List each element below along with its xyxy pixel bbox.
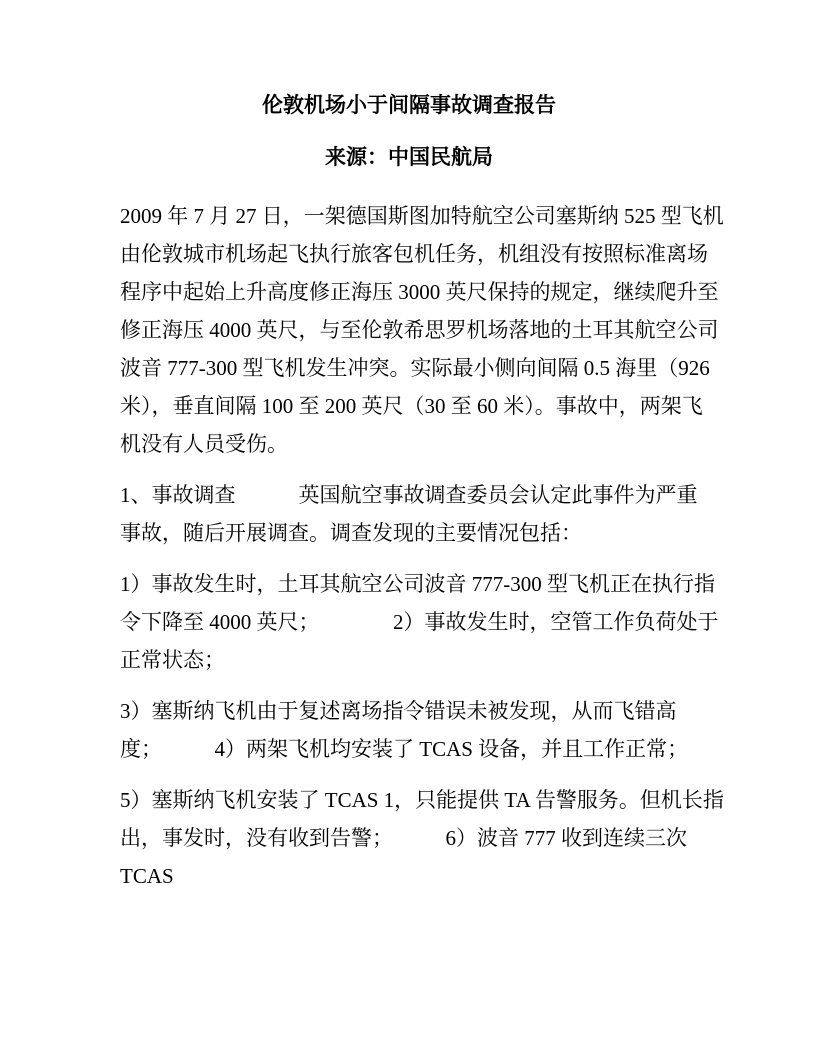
- document-title: 伦敦机场小于间隔事故调查报告: [120, 86, 698, 124]
- paragraph-investigation-heading: 1、事故调查 英国航空事故调查委员会认定此事件为严重 事故，随后开展调查。调查发…: [120, 476, 698, 552]
- paragraph-incident-overview: 2009 年 7 月 27 日，一架德国斯图加特航空公司塞斯纳 525 型飞机 …: [120, 197, 698, 463]
- paragraph-findings-3-4: 3）塞斯纳飞机由于复述离场指令错误未被发现，从而飞错高 度； 4）两架飞机均安装…: [120, 692, 698, 768]
- paragraph-findings-1-2: 1）事故发生时，土耳其航空公司波音 777-300 型飞机正在执行指 令下降至 …: [120, 565, 698, 679]
- paragraph-findings-5-6: 5）塞斯纳飞机安装了 TCAS 1，只能提供 TA 告警服务。但机长指 出，事发…: [120, 781, 698, 895]
- document-source-line: 来源：中国民航局: [120, 138, 698, 176]
- document-page: 伦敦机场小于间隔事故调查报告 来源：中国民航局 2009 年 7 月 27 日，…: [0, 0, 816, 1056]
